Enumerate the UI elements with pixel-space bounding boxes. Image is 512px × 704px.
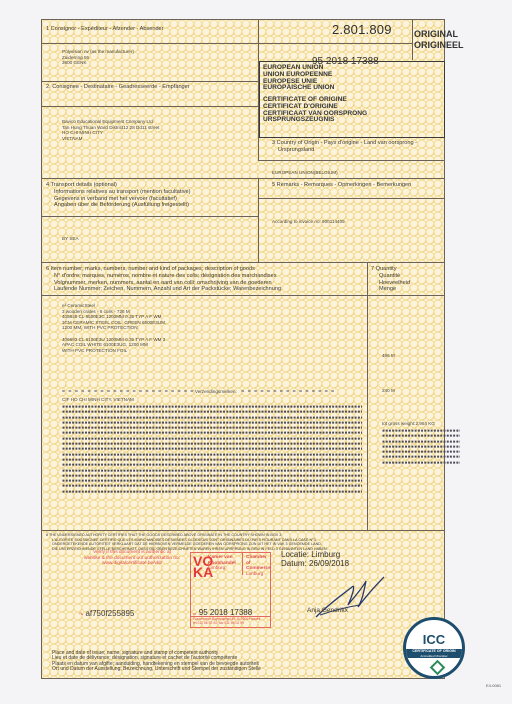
eu-header-box: EUROPEAN UNION UNION EUROPEENNE EUROPESE… <box>259 61 445 138</box>
box4-label: 4 Transport details (optional) Informati… <box>46 182 191 209</box>
voka-logo: VOKA <box>193 556 205 578</box>
union-de: EUROPÄISCHE UNION <box>263 85 334 92</box>
box4-label-line: Gegevens in verband met het vervoer (fac… <box>46 196 191 203</box>
consignee-address: Bavico Educational Equipment Company Ltd… <box>62 119 159 141</box>
box4-label-line: 4 Transport details (optional) <box>46 182 191 189</box>
signatory-name: Anja Gendrikx <box>307 607 348 614</box>
box6-label-line: Laufende Nummer; Zeichen, Nummern, Anzah… <box>46 286 281 293</box>
auth-code-row: ↷ af750f255895 <box>79 609 134 618</box>
icc-logo: ICC <box>406 632 462 647</box>
stamp-line: Kamer van <box>208 555 236 561</box>
signature-icon <box>312 573 387 623</box>
serial-number: 2.801.809 <box>332 22 392 37</box>
consignee-line: VIETNAM <box>62 136 159 142</box>
country-of-origin: EUROPEAN UNION(BELGIUM) <box>272 170 338 176</box>
remarks-value: According to invoice no: 900114405 <box>272 219 345 225</box>
divider <box>258 198 444 199</box>
box6-label-line: Volgnummer, merken, nummers, aantal en a… <box>46 280 281 287</box>
box3-label-line: 3 Country of Origin - Pays d'origine - L… <box>272 140 417 147</box>
original-en: ORIGINAL <box>414 29 444 40</box>
divider <box>42 106 258 107</box>
box7-label-line: Quantité <box>371 273 410 280</box>
divider <box>42 295 444 296</box>
box7-label-line: 7 Quantity <box>371 266 410 273</box>
divider <box>42 178 444 179</box>
filler-dots: = = = = = = = = = = = = = = = <box>238 389 334 395</box>
verify-note: Verify if this document is authentic at … <box>82 550 182 567</box>
stamp-line: Limburg <box>246 572 271 578</box>
icc-band: CERTIFICATE OF ORIGIN Accredited Chamber <box>406 649 462 658</box>
box7-label-line: Hoeveelheid <box>371 280 410 287</box>
shipping-marks-label: Verzendingsmerken: <box>195 389 237 394</box>
gross-weight: tot gross weight:2.954 KG <box>382 421 435 427</box>
consignor-address: Polyvision nv (as the manufacturer) Zuid… <box>62 49 134 66</box>
verify-line: www.digitalcertificate.be/vkb <box>82 561 182 567</box>
stamp-nl: Kamer van Koophandel Limburg <box>208 555 236 572</box>
cert-de: URSPRUNGSZEUGNIS <box>263 117 367 124</box>
goods-line: 405645 CL 6500E3C 1200MM 0.35 TYP A F WM <box>62 314 166 320</box>
divider <box>42 216 258 217</box>
certificate-titles: CERTIFICATE OF ORIGINE CERTIFICAT D'ORIG… <box>263 97 367 124</box>
chamber-stamp: VOKA Kamer van Koophandel Limburg Chambe… <box>190 552 271 628</box>
divider <box>42 43 258 44</box>
original-nl: ORIGINEEL <box>414 40 444 51</box>
stamp-en: Chamber of Commerce Limburg <box>246 555 271 577</box>
original-label: ORIGINAL ORIGINEEL <box>414 29 444 51</box>
divider <box>412 20 413 60</box>
issue-location: Locatie: Limburg <box>281 550 340 559</box>
stamp-line: Limburg <box>208 566 236 572</box>
goods-description: e³ CeramicSteel 3 wooden crates - 6 coil… <box>62 303 166 353</box>
box4-label-line: Informations relatives au transport (men… <box>46 189 191 196</box>
scanned-page: 1 Consignor - Expéditeur - Afzender - Ab… <box>0 0 512 704</box>
shipping-marks-row: = = = = = = = = = = = = = = = = = = = = … <box>62 389 362 395</box>
issue-label: Place and date of issue; name, signature… <box>52 651 261 673</box>
box2-label: 2. Consignee - Destinataire - Geadressee… <box>46 84 190 91</box>
box6-label: 6 Item number; marks, numbers, number an… <box>46 266 281 293</box>
issue-date: Datum: 26/09/2018 <box>281 559 349 568</box>
quantity-1: 486 M <box>382 353 395 359</box>
certification-declaration: 8 THE UNDERSIGNED AUTHORITY CERTIFIES TH… <box>46 533 328 551</box>
consignor-line: 3600 GENK <box>62 60 134 66</box>
link-icon: ↷ <box>79 612 83 618</box>
transport-mode: BY SEA <box>62 236 79 242</box>
stamp-address: Gouverneur Roppesingel 51, B-3500 Hassel… <box>193 617 260 625</box>
stamp-address-line: tel 011 56 02 00, fax 011 56 02 09 <box>193 621 260 625</box>
consignor-line: Polyvision nv (as the manufacturer) <box>62 49 134 55</box>
issue-label-line: Ort und Datum der Ausstellung; Bezeichnu… <box>52 667 261 672</box>
icc-seal: ICC CERTIFICATE OF ORIGIN Accredited Cha… <box>403 617 465 679</box>
quantity-2: 240 M <box>382 388 395 394</box>
box4-label-line: Angaben über die Beförderung (Ausfüllung… <box>46 202 191 209</box>
form-code: E4-0081 <box>486 683 501 688</box>
consignee-line: Bavico Educational Equipment Company Ltd <box>62 119 159 125</box>
filler-lines: ▪▪▪▪▪▪▪▪▪▪▪▪▪▪▪▪▪▪▪▪▪▪▪▪▪▪▪▪▪▪▪▪▪▪▪▪▪▪▪▪… <box>62 405 362 495</box>
divider <box>258 160 444 161</box>
filler-lines: ▪▪▪▪▪▪▪▪▪▪▪▪▪▪▪▪▪▪▪▪▪▪▪▪▪ ▪▪▪▪▪▪▪▪▪▪▪▪▪▪… <box>382 429 460 466</box>
shipping-marks-value: CIF HO CHI MINH CITY, VIETNAM <box>62 397 134 403</box>
stamp-line: Commerce <box>246 566 271 572</box>
box3-label: 3 Country of Origin - Pays d'origine - L… <box>272 140 417 154</box>
goods-line: WITH PVC PROTECTION FOIL <box>62 348 166 354</box>
divider <box>42 81 258 82</box>
box7-label: 7 Quantity Quantité Hoeveelheid Menge <box>371 266 410 293</box>
icc-band-sub: Accredited Chamber <box>406 654 462 659</box>
box3-label-line: Ursprungsland <box>272 147 417 154</box>
auth-code: af750f255895 <box>85 609 134 618</box>
divider <box>42 530 444 531</box>
stamp-line: Chamber of <box>246 555 271 566</box>
union-names: EUROPEAN UNION UNION EUROPEENNE EUROPESE… <box>263 65 334 92</box>
divider <box>367 262 368 530</box>
certificate-form: 1 Consignor - Expéditeur - Afzender - Ab… <box>41 19 445 679</box>
box1-label: 1 Consignor - Expéditeur - Afzender - Ab… <box>46 26 164 33</box>
box6-label-line: 6 Item number; marks, numbers, number an… <box>46 266 281 273</box>
verify-line: Verify if this document is authentic at <box>82 550 182 556</box>
divider <box>258 178 259 262</box>
divider <box>42 262 444 263</box>
box6-label-line: N° d'ordre; marques, numéros, nombre et … <box>46 273 281 280</box>
stamp-divider <box>242 553 243 575</box>
icc-band-title: CERTIFICATE OF ORIGIN <box>406 649 462 654</box>
divider <box>258 43 412 44</box>
filler-dots: = = = = = = = = = = = = = = = = = = = = … <box>62 389 194 395</box>
box7-label-line: Menge <box>371 286 410 293</box>
icc-mark-icon <box>430 660 446 676</box>
box5-label: 5 Remarks - Remarques - Opmerkingen - Be… <box>272 182 411 189</box>
